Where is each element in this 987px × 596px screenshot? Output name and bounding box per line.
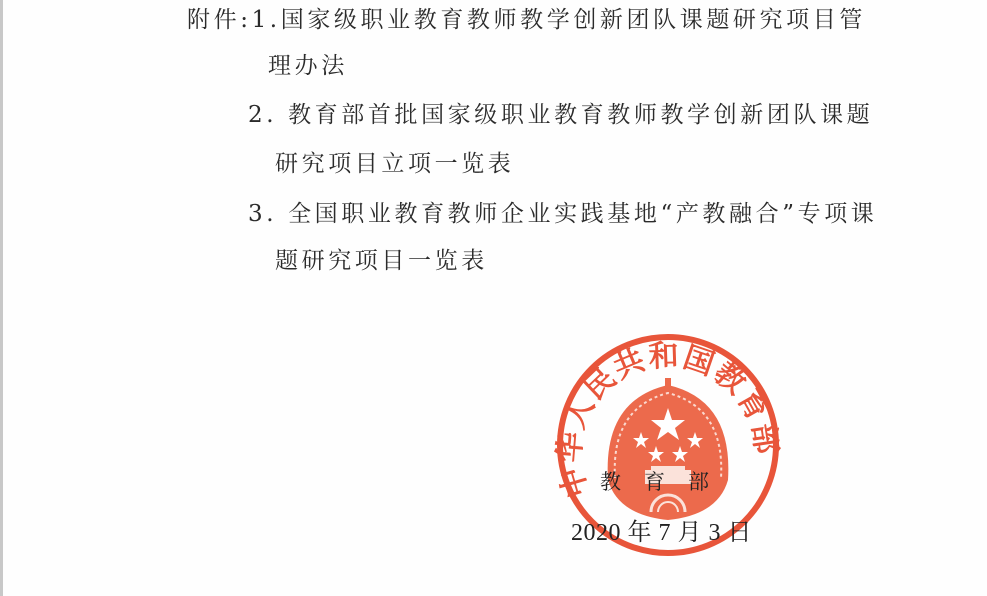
item-text: 全国职业教育教师企业实践基地“产教融合”专项课: [288, 201, 877, 227]
item-text: 教育部首批国家级职业教育教师教学创新团队课题: [288, 102, 873, 128]
attachment-item-3-line1: 3. 全国职业教育教师企业实践基地“产教融合”专项课: [248, 200, 877, 228]
item-number: 2.: [248, 102, 277, 128]
item-text: 国家级职业教育教师教学创新团队课题研究项目管: [281, 7, 866, 33]
issuer-name: 教 育 部: [600, 466, 710, 496]
item-number: 3.: [248, 201, 277, 227]
item-number: 1.: [252, 7, 281, 33]
attachment-item-2-line1: 2. 教育部首批国家级职业教育教师教学创新团队课题: [248, 101, 873, 129]
attachment-item-1-line2: 理办法: [268, 52, 348, 80]
attachment-item-2-line2: 研究项目立项一览表: [275, 150, 514, 178]
issue-date: 2020 年 7 月 3 日: [571, 512, 752, 547]
attachment-item-1-line1: 附件:1.国家级职业教育教师教学创新团队课题研究项目管: [187, 6, 866, 34]
attachment-item-3-line2: 题研究项目一览表: [275, 247, 488, 275]
attachments-label: 附件:: [187, 7, 252, 33]
document-page: 附件:1.国家级职业教育教师教学创新团队课题研究项目管 理办法 2. 教育部首批…: [3, 0, 987, 596]
